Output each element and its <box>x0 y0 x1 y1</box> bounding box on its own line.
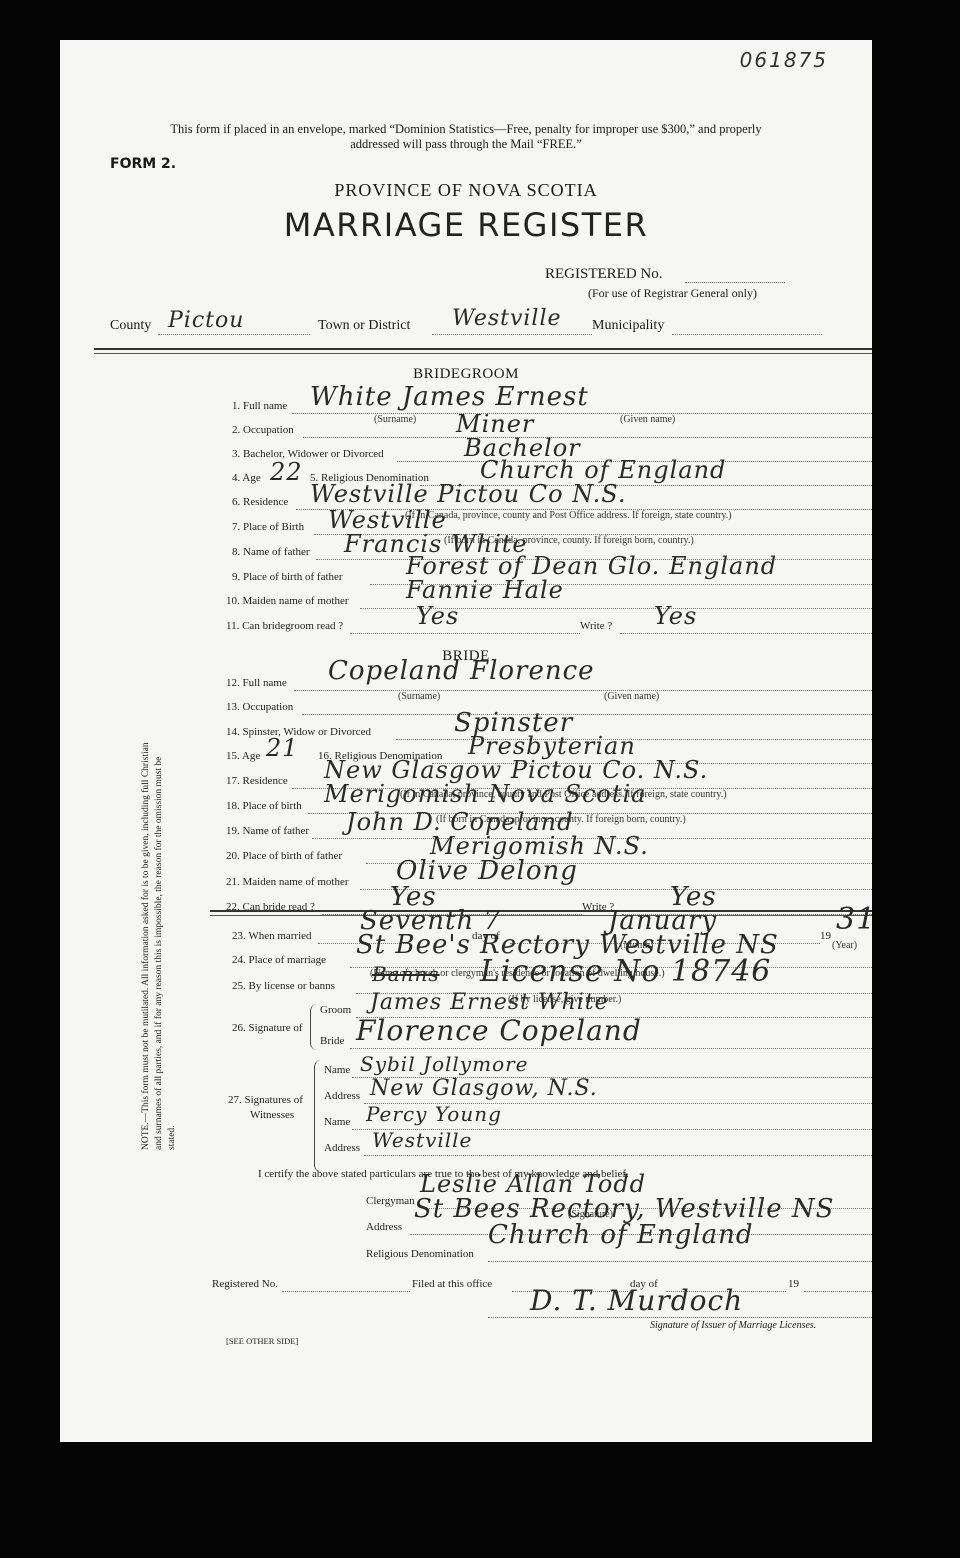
clergy-address-label: Address <box>366 1221 402 1233</box>
bride-age: 21 <box>266 734 299 762</box>
marriage-register-form: 061875 This form if placed in an envelop… <box>60 40 872 1442</box>
county-value: Pictou <box>168 308 244 333</box>
field-label: 1. Full name <box>232 400 287 412</box>
field-line <box>302 714 872 715</box>
field-label: 17. Residence <box>226 775 288 787</box>
surname-hint: (Surname) <box>374 414 416 425</box>
document-number: 061875 <box>740 48 828 72</box>
year-hint: (Year) <box>832 940 857 951</box>
issuer-line <box>488 1317 872 1318</box>
bride-signature: Florence Copeland <box>356 1014 642 1047</box>
witnesses-label-2: Witnesses <box>250 1109 294 1121</box>
filed-label: Filed at this office <box>412 1278 492 1290</box>
field-label: 19. Name of father <box>226 825 309 837</box>
field-line <box>804 1291 872 1292</box>
field-line <box>364 1155 872 1156</box>
municipality-label: Municipality <box>592 318 664 334</box>
county-line <box>158 334 310 335</box>
witness-address-label: Address <box>324 1090 360 1102</box>
registered-no-line <box>685 282 785 283</box>
groom-residence: Westville Pictou Co N.S. <box>310 480 627 508</box>
field-label: 7. Place of Birth <box>232 521 304 533</box>
field-label: 10. Maiden name of mother <box>226 595 349 607</box>
issuer-signature: D. T. Murdoch <box>530 1284 743 1317</box>
see-other-side: [SEE OTHER SIDE] <box>226 1336 298 1346</box>
field-label: 26. Signature of <box>232 1022 303 1034</box>
clergyman-label: Clergyman <box>366 1195 415 1207</box>
witnesses-label: 27. Signatures of <box>228 1094 303 1106</box>
witness-address-label: Address <box>324 1142 360 1154</box>
field-label: 25. By license or banns <box>232 980 335 992</box>
field-label: 23. When married <box>232 930 312 942</box>
side-note: NOTE.—This form must not be mutilated. A… <box>140 730 179 1150</box>
clergy-denomination: Church of England <box>488 1220 754 1250</box>
field-label: 4. Age <box>232 472 261 484</box>
witness-1-name: Sybil Jollymore <box>360 1052 529 1076</box>
bride-birthplace: Merigomish Nova Scotia <box>324 780 646 808</box>
year-prefix: 19 <box>788 1278 799 1290</box>
year-prefix: 19 <box>820 930 831 942</box>
divider <box>94 348 872 354</box>
bride-full-name: Copeland Florence <box>328 656 595 686</box>
witness-2-name: Percy Young <box>366 1102 502 1126</box>
witness-name-label: Name <box>324 1064 350 1076</box>
witness-name-label: Name <box>324 1116 350 1128</box>
town-value: Westville <box>452 306 562 331</box>
field-label: 8. Name of father <box>232 546 310 558</box>
field-label: 18. Place of birth <box>226 800 302 812</box>
witness-2-address: Westville <box>372 1128 472 1152</box>
groom-signature: James Ernest White <box>370 990 609 1015</box>
postal-notice: This form if placed in an envelope, mark… <box>60 122 872 152</box>
field-label: 13. Occupation <box>226 701 293 713</box>
field-label: 20. Place of birth of father <box>226 850 342 862</box>
field-line <box>488 1261 872 1262</box>
given-name-hint: (Given name) <box>604 691 659 702</box>
field-label: 21. Maiden name of mother <box>226 876 349 888</box>
divider <box>210 910 872 916</box>
field-line <box>294 690 872 691</box>
license-number: License No 18746 <box>480 954 771 989</box>
field-line <box>350 1048 872 1049</box>
given-name-hint: (Given name) <box>620 414 675 425</box>
province-heading: PROVINCE OF NOVA SCOTIA <box>60 180 872 201</box>
field-label: 15. Age <box>226 750 260 762</box>
groom-age: 22 <box>270 458 303 486</box>
field-label: 11. Can bridegroom read ? <box>226 620 343 632</box>
town-line <box>432 334 592 335</box>
issuer-label: Signature of Issuer of Marriage Licenses… <box>650 1320 816 1331</box>
groom-mother-maiden-name: Fannie Hale <box>406 576 564 604</box>
field-label: 12. Full name <box>226 677 287 689</box>
registered-label: Registered No. <box>212 1278 278 1290</box>
field-line <box>282 1291 410 1292</box>
field-label: 6. Residence <box>232 496 288 508</box>
banns-struck: Banns <box>372 962 440 986</box>
brace <box>314 1060 321 1172</box>
field-label: 9. Place of birth of father <box>232 571 343 583</box>
witness-1-address: New Glasgow, N.S. <box>370 1076 598 1101</box>
registered-no-label: REGISTERED No. <box>545 266 663 283</box>
field-line <box>350 633 580 634</box>
marriage-year: 31 <box>836 902 876 937</box>
registered-no-note: (For use of Registrar General only) <box>588 286 757 301</box>
page-title: MARRIAGE REGISTER <box>60 206 872 244</box>
town-label: Town or District <box>318 318 410 334</box>
form-number: FORM 2. <box>110 156 176 172</box>
field-line <box>360 889 872 890</box>
field-label: 2. Occupation <box>232 424 294 436</box>
field-line <box>620 633 872 634</box>
groom-label: Groom <box>320 1004 351 1016</box>
groom-can-write: Yes <box>654 602 697 630</box>
clergy-denomination-label: Religious Denomination <box>366 1248 474 1260</box>
bridegroom-heading: BRIDEGROOM <box>60 366 872 383</box>
bride-label: Bride <box>320 1035 344 1047</box>
residence-hint: (If in Canada, province, county and Post… <box>405 510 732 521</box>
brace <box>310 1004 317 1050</box>
field-label: 24. Place of marriage <box>232 954 326 966</box>
write-label: Write ? <box>580 620 612 632</box>
municipality-line <box>672 334 822 335</box>
groom-can-read: Yes <box>416 602 459 630</box>
groom-full-name: White James Ernest <box>310 382 589 412</box>
surname-hint: (Surname) <box>398 691 440 702</box>
county-label: County <box>110 318 151 334</box>
field-line <box>303 437 872 438</box>
field-label: 3. Bachelor, Widower or Divorced <box>232 448 384 460</box>
